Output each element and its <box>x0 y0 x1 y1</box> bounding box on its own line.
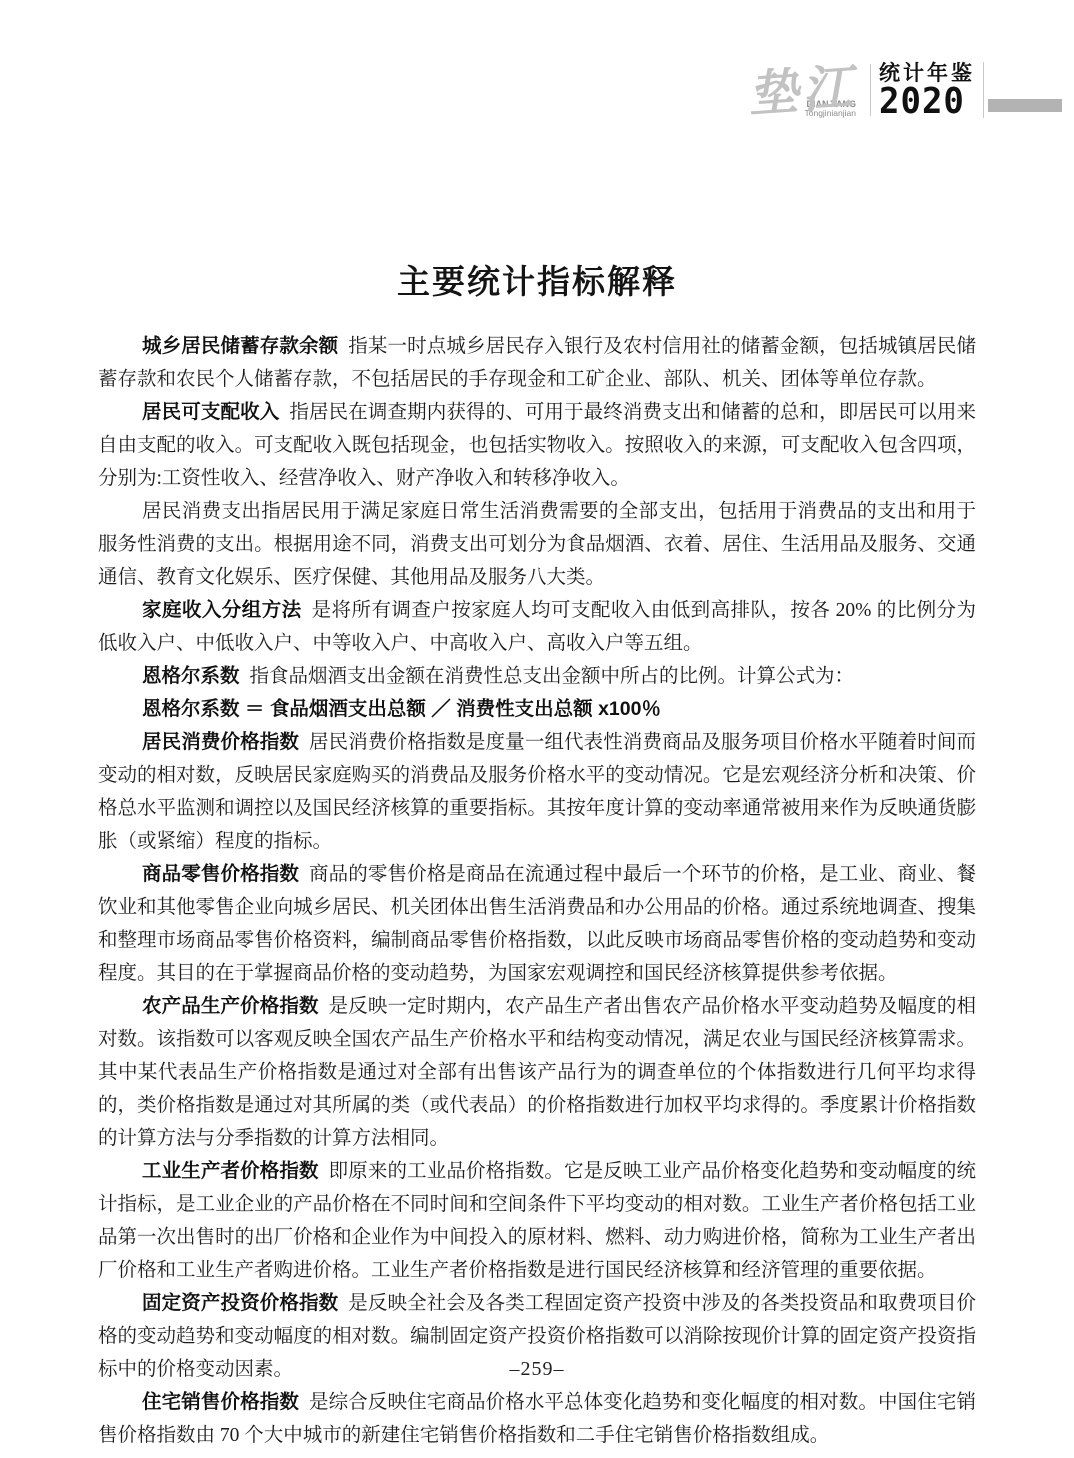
definition-paragraph-disposable-income: 居民可支配收入指居民在调查期内获得的、可用于最终消费支出和储蓄的总和，即居民可以… <box>98 396 976 495</box>
definition-paragraph-income-grouping: 家庭收入分组方法是将所有调查户按家庭人均可支配收入由低到高排队，按各 20% 的… <box>98 594 976 660</box>
indicator-term: 固定资产投资价格指数 <box>142 1292 338 1314</box>
definition-paragraph-retail-price-index: 商品零售价格指数商品的零售价格是商品在流通过程中最后一个环节的价格，是工业、商业… <box>98 858 976 990</box>
engel-coefficient-formula: 恩格尔系数 ＝ 食品烟酒支出总额 ／ 消费性支出总额 x100％ <box>98 693 976 726</box>
definition-paragraph-engel-coefficient: 恩格尔系数指食品烟酒支出金额在消费性总支出金额中所占的比例。计算公式为： <box>98 660 976 693</box>
page-number: –259– <box>0 1358 1074 1381</box>
logo-accent-bar <box>988 99 1062 112</box>
indicator-term: 工业生产者价格指数 <box>142 1160 319 1182</box>
indicator-term: 农产品生产价格指数 <box>142 995 319 1017</box>
logo-script-block: 垫江 DIANJIANG Tongjinianjian <box>748 68 870 118</box>
yearbook-document-page: 垫江 DIANJIANG Tongjinianjian 统计年鉴 2020 主要… <box>0 0 1074 1458</box>
definition-paragraph-industrial-producer-price-index: 工业生产者价格指数即原来的工业品价格指数。它是反映工业产品价格变化趋势和变动幅度… <box>98 1155 976 1287</box>
logo-divider-line <box>870 64 871 116</box>
definition-paragraph-agricultural-producer-price-index: 农产品生产价格指数是反映一定时期内，农产品生产者出售农产品价格水平变动趋势及幅度… <box>98 990 976 1155</box>
indicator-definitions-content: 城乡居民储蓄存款余额指某一时点城乡居民存入银行及农村信用社的储蓄金额，包括城镇居… <box>98 330 976 1452</box>
indicator-term: 恩格尔系数 <box>142 665 240 687</box>
logo-calligraphy-text: 垫江 <box>747 64 858 117</box>
yearbook-year: 2020 <box>879 84 975 118</box>
indicator-term: 商品零售价格指数 <box>142 863 299 885</box>
indicator-definition: 居民消费支出指居民用于满足家庭日常生活消费需要的全部支出，包括用于消费品的支出和… <box>98 501 976 588</box>
indicator-definition: 是反映一定时期内，农产品生产者出售农产品价格水平变动趋势及幅度的相对数。该指数可… <box>98 996 976 1149</box>
yearbook-logo: 垫江 DIANJIANG Tongjinianjian 统计年鉴 2020 <box>748 52 1062 118</box>
definition-paragraph-housing-sales-price-index: 住宅销售价格指数是综合反映住宅商品价格水平总体变化趋势和变化幅度的相对数。中国住… <box>98 1386 976 1452</box>
definition-paragraph-cpi: 居民消费价格指数居民消费价格指数是度量一组代表性消费商品及服务项目价格水平随着时… <box>98 726 976 858</box>
formula-text: 恩格尔系数 ＝ 食品烟酒支出总额 ／ 消费性支出总额 x100％ <box>142 698 661 720</box>
indicator-definition: 指食品烟酒支出金额在消费性总支出金额中所占的比例。计算公式为： <box>250 666 855 687</box>
indicator-term: 家庭收入分组方法 <box>142 599 302 621</box>
definition-paragraph-consumption-expenditure: 居民消费支出指居民用于满足家庭日常生活消费需要的全部支出，包括用于消费品的支出和… <box>98 495 976 594</box>
page-title: 主要统计指标解释 <box>0 256 1074 303</box>
indicator-term: 居民消费价格指数 <box>142 731 299 753</box>
definition-paragraph-savings-deposits: 城乡居民储蓄存款余额指某一时点城乡居民存入银行及农村信用社的储蓄金额，包括城镇居… <box>98 330 976 396</box>
yearbook-title-block: 统计年鉴 2020 <box>879 62 984 118</box>
indicator-term: 居民可支配收入 <box>142 401 279 423</box>
indicator-term: 住宅销售价格指数 <box>142 1391 299 1413</box>
indicator-term: 城乡居民储蓄存款余额 <box>142 335 338 357</box>
